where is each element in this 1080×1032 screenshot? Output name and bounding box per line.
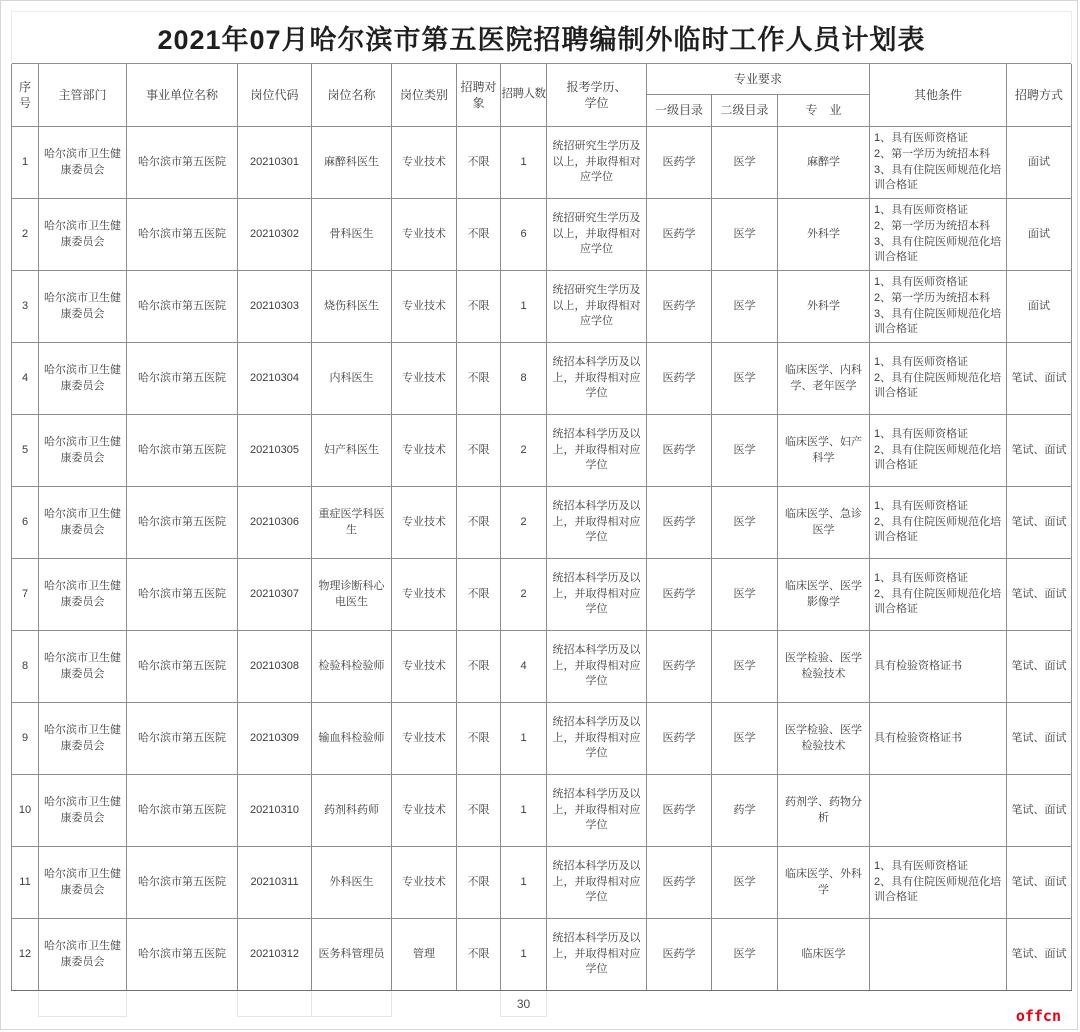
cell-code: 20210302 xyxy=(238,199,312,271)
cell-unit: 哈尔滨市第五医院 xyxy=(127,127,238,199)
cell-major: 医学检验、医学检验技术 xyxy=(778,703,870,775)
cell-level1: 医药学 xyxy=(647,127,712,199)
cell-level2: 医学 xyxy=(712,631,778,703)
cell-count: 1 xyxy=(501,703,547,775)
summary-cell-position xyxy=(312,991,392,1017)
cell-target: 不限 xyxy=(457,559,501,631)
summary-section: 30 xyxy=(12,991,1072,1017)
cell-target: 不限 xyxy=(457,847,501,919)
cell-position: 骨科医生 xyxy=(312,199,392,271)
page-title: 2021年07月哈尔滨市第五医院招聘编制外临时工作人员计划表 xyxy=(12,12,1072,64)
col-header-education: 报考学历、 学位 xyxy=(547,64,647,127)
col-header-other: 其他条件 xyxy=(870,64,1007,127)
cell-seq: 1 xyxy=(12,127,39,199)
cell-major: 临床医学、外科学 xyxy=(778,847,870,919)
cell-position: 妇产科医生 xyxy=(312,415,392,487)
cell-level2: 医学 xyxy=(712,919,778,991)
cell-count: 1 xyxy=(501,919,547,991)
cell-other: 1、具有医师资格证 2、第一学历为统招本科 3、具有住院医师规范化培训合格证 xyxy=(870,271,1007,343)
cell-major: 临床医学、妇产科学 xyxy=(778,415,870,487)
cell-category: 专业技术 xyxy=(392,415,457,487)
cell-seq: 7 xyxy=(12,559,39,631)
cell-method: 笔试、面试 xyxy=(1007,559,1072,631)
cell-category: 专业技术 xyxy=(392,487,457,559)
cell-major: 药剂学、药物分析 xyxy=(778,775,870,847)
cell-seq: 8 xyxy=(12,631,39,703)
cell-level2: 医学 xyxy=(712,847,778,919)
col-header-major-group: 专业要求 xyxy=(647,64,870,95)
cell-unit: 哈尔滨市第五医院 xyxy=(127,487,238,559)
cell-target: 不限 xyxy=(457,631,501,703)
cell-other: 1、具有医师资格证 2、具有住院医师规范化培训合格证 xyxy=(870,847,1007,919)
cell-position: 输血科检验师 xyxy=(312,703,392,775)
table-row: 2 哈尔滨市卫生健康委员会 哈尔滨市第五医院 20210302 骨科医生 专业技… xyxy=(12,199,1072,271)
cell-level1: 医药学 xyxy=(647,919,712,991)
cell-unit: 哈尔滨市第五医院 xyxy=(127,919,238,991)
cell-level2: 医学 xyxy=(712,703,778,775)
table-row: 4 哈尔滨市卫生健康委员会 哈尔滨市第五医院 20210304 内科医生 专业技… xyxy=(12,343,1072,415)
cell-education: 统招本科学历及以上，并取得相对应学位 xyxy=(547,631,647,703)
cell-category: 专业技术 xyxy=(392,631,457,703)
cell-count: 2 xyxy=(501,415,547,487)
cell-category: 专业技术 xyxy=(392,847,457,919)
cell-count: 8 xyxy=(501,343,547,415)
cell-count: 1 xyxy=(501,127,547,199)
cell-dept: 哈尔滨市卫生健康委员会 xyxy=(39,847,127,919)
cell-level2: 医学 xyxy=(712,559,778,631)
cell-unit: 哈尔滨市第五医院 xyxy=(127,847,238,919)
cell-method: 笔试、面试 xyxy=(1007,631,1072,703)
cell-count: 1 xyxy=(501,271,547,343)
cell-position: 内科医生 xyxy=(312,343,392,415)
cell-code: 20210311 xyxy=(238,847,312,919)
cell-major: 外科学 xyxy=(778,271,870,343)
cell-other xyxy=(870,919,1007,991)
cell-unit: 哈尔滨市第五医院 xyxy=(127,631,238,703)
cell-level2: 医学 xyxy=(712,271,778,343)
cell-major: 临床医学、医学影像学 xyxy=(778,559,870,631)
cell-level2: 医学 xyxy=(712,343,778,415)
cell-dept: 哈尔滨市卫生健康委员会 xyxy=(39,343,127,415)
col-header-unit: 事业单位名称 xyxy=(127,64,238,127)
cell-seq: 4 xyxy=(12,343,39,415)
table-row: 7 哈尔滨市卫生健康委员会 哈尔滨市第五医院 20210307 物理诊断科心电医… xyxy=(12,559,1072,631)
cell-target: 不限 xyxy=(457,703,501,775)
cell-category: 专业技术 xyxy=(392,343,457,415)
col-header-major: 专 业 xyxy=(778,95,870,127)
cell-target: 不限 xyxy=(457,415,501,487)
cell-target: 不限 xyxy=(457,271,501,343)
cell-level1: 医药学 xyxy=(647,703,712,775)
cell-code: 20210305 xyxy=(238,415,312,487)
cell-position: 重症医学科医生 xyxy=(312,487,392,559)
cell-unit: 哈尔滨市第五医院 xyxy=(127,703,238,775)
page: 2021年07月哈尔滨市第五医院招聘编制外临时工作人员计划表 序号 主管部门 事… xyxy=(0,0,1078,1030)
table-row: 6 哈尔滨市卫生健康委员会 哈尔滨市第五医院 20210306 重症医学科医生 … xyxy=(12,487,1072,559)
cell-major: 临床医学、内科学、老年医学 xyxy=(778,343,870,415)
cell-level2: 医学 xyxy=(712,127,778,199)
cell-method: 面试 xyxy=(1007,199,1072,271)
cell-category: 专业技术 xyxy=(392,199,457,271)
cell-category: 管理 xyxy=(392,919,457,991)
cell-other xyxy=(870,775,1007,847)
cell-education: 统招本科学历及以上，并取得相对应学位 xyxy=(547,415,647,487)
cell-position: 外科医生 xyxy=(312,847,392,919)
cell-dept: 哈尔滨市卫生健康委员会 xyxy=(39,559,127,631)
cell-education: 统招本科学历及以上，并取得相对应学位 xyxy=(547,487,647,559)
cell-major: 临床医学、急诊医学 xyxy=(778,487,870,559)
cell-level1: 医药学 xyxy=(647,415,712,487)
cell-position: 烧伤科医生 xyxy=(312,271,392,343)
cell-code: 20210301 xyxy=(238,127,312,199)
cell-dept: 哈尔滨市卫生健康委员会 xyxy=(39,775,127,847)
cell-level1: 医药学 xyxy=(647,199,712,271)
cell-category: 专业技术 xyxy=(392,559,457,631)
cell-major: 临床医学 xyxy=(778,919,870,991)
cell-seq: 12 xyxy=(12,919,39,991)
cell-education: 统招研究生学历及以上，并取得相对应学位 xyxy=(547,199,647,271)
cell-count: 2 xyxy=(501,487,547,559)
cell-level1: 医药学 xyxy=(647,775,712,847)
col-header-method: 招聘方式 xyxy=(1007,64,1072,127)
cell-method: 面试 xyxy=(1007,271,1072,343)
col-header-count: 招聘人数 xyxy=(501,64,547,127)
table-row: 3 哈尔滨市卫生健康委员会 哈尔滨市第五医院 20210303 烧伤科医生 专业… xyxy=(12,271,1072,343)
summary-cell-dept xyxy=(39,991,127,1017)
cell-method: 笔试、面试 xyxy=(1007,415,1072,487)
cell-education: 统招本科学历及以上，并取得相对应学位 xyxy=(547,559,647,631)
cell-other: 具有检验资格证书 xyxy=(870,631,1007,703)
cell-seq: 6 xyxy=(12,487,39,559)
cell-seq: 3 xyxy=(12,271,39,343)
cell-other: 1、具有医师资格证 2、具有住院医师规范化培训合格证 xyxy=(870,343,1007,415)
cell-dept: 哈尔滨市卫生健康委员会 xyxy=(39,631,127,703)
cell-other: 1、具有医师资格证 2、具有住院医师规范化培训合格证 xyxy=(870,559,1007,631)
cell-education: 统招本科学历及以上，并取得相对应学位 xyxy=(547,775,647,847)
cell-target: 不限 xyxy=(457,919,501,991)
cell-education: 统招研究生学历及以上，并取得相对应学位 xyxy=(547,271,647,343)
cell-position: 药剂科药师 xyxy=(312,775,392,847)
cell-level2: 医学 xyxy=(712,487,778,559)
cell-code: 20210304 xyxy=(238,343,312,415)
cell-seq: 2 xyxy=(12,199,39,271)
cell-level1: 医药学 xyxy=(647,631,712,703)
cell-method: 笔试、面试 xyxy=(1007,343,1072,415)
cell-position: 检验科检验师 xyxy=(312,631,392,703)
cell-dept: 哈尔滨市卫生健康委员会 xyxy=(39,703,127,775)
cell-other: 1、具有医师资格证 2、具有住院医师规范化培训合格证 xyxy=(870,487,1007,559)
cell-education: 统招本科学历及以上，并取得相对应学位 xyxy=(547,847,647,919)
cell-count: 1 xyxy=(501,847,547,919)
cell-category: 专业技术 xyxy=(392,703,457,775)
cell-dept: 哈尔滨市卫生健康委员会 xyxy=(39,919,127,991)
cell-level2: 医学 xyxy=(712,415,778,487)
cell-unit: 哈尔滨市第五医院 xyxy=(127,343,238,415)
table-row: 1 哈尔滨市卫生健康委员会 哈尔滨市第五医院 20210301 麻醉科医生 专业… xyxy=(12,127,1072,199)
cell-method: 笔试、面试 xyxy=(1007,487,1072,559)
cell-category: 专业技术 xyxy=(392,271,457,343)
cell-seq: 11 xyxy=(12,847,39,919)
summary-row: 30 xyxy=(12,991,1072,1017)
cell-count: 6 xyxy=(501,199,547,271)
table-row: 8 哈尔滨市卫生健康委员会 哈尔滨市第五医院 20210308 检验科检验师 专… xyxy=(12,631,1072,703)
cell-education: 统招本科学历及以上，并取得相对应学位 xyxy=(547,919,647,991)
cell-method: 笔试、面试 xyxy=(1007,919,1072,991)
col-header-level1: 一级目录 xyxy=(647,95,712,127)
recruitment-plan-table: 2021年07月哈尔滨市第五医院招聘编制外临时工作人员计划表 序号 主管部门 事… xyxy=(11,11,1072,1017)
summary-cell-code xyxy=(238,991,312,1017)
cell-other: 具有检验资格证书 xyxy=(870,703,1007,775)
cell-count: 2 xyxy=(501,559,547,631)
cell-method: 笔试、面试 xyxy=(1007,775,1072,847)
cell-dept: 哈尔滨市卫生健康委员会 xyxy=(39,127,127,199)
cell-dept: 哈尔滨市卫生健康委员会 xyxy=(39,487,127,559)
cell-target: 不限 xyxy=(457,343,501,415)
cell-other: 1、具有医师资格证 2、第一学历为统招本科 3、具有住院医师规范化培训合格证 xyxy=(870,199,1007,271)
col-header-seq: 序号 xyxy=(12,64,39,127)
cell-code: 20210309 xyxy=(238,703,312,775)
col-header-level2: 二级目录 xyxy=(712,95,778,127)
col-header-dept: 主管部门 xyxy=(39,64,127,127)
col-header-position: 岗位名称 xyxy=(312,64,392,127)
cell-education: 统招研究生学历及以上，并取得相对应学位 xyxy=(547,127,647,199)
cell-category: 专业技术 xyxy=(392,127,457,199)
cell-seq: 9 xyxy=(12,703,39,775)
table-row: 10 哈尔滨市卫生健康委员会 哈尔滨市第五医院 20210310 药剂科药师 专… xyxy=(12,775,1072,847)
table-row: 9 哈尔滨市卫生健康委员会 哈尔滨市第五医院 20210309 输血科检验师 专… xyxy=(12,703,1072,775)
cell-method: 面试 xyxy=(1007,127,1072,199)
offcn-logo: offcn xyxy=(1016,1007,1061,1025)
cell-major: 外科学 xyxy=(778,199,870,271)
table-row: 11 哈尔滨市卫生健康委员会 哈尔滨市第五医院 20210311 外科医生 专业… xyxy=(12,847,1072,919)
cell-other: 1、具有医师资格证 2、第一学历为统招本科 3、具有住院医师规范化培训合格证 xyxy=(870,127,1007,199)
cell-target: 不限 xyxy=(457,199,501,271)
cell-position: 物理诊断科心电医生 xyxy=(312,559,392,631)
cell-unit: 哈尔滨市第五医院 xyxy=(127,415,238,487)
cell-unit: 哈尔滨市第五医院 xyxy=(127,199,238,271)
cell-level2: 药学 xyxy=(712,775,778,847)
cell-level2: 医学 xyxy=(712,199,778,271)
cell-count: 4 xyxy=(501,631,547,703)
table-body: 1 哈尔滨市卫生健康委员会 哈尔滨市第五医院 20210301 麻醉科医生 专业… xyxy=(12,127,1072,991)
cell-position: 医务科管理员 xyxy=(312,919,392,991)
cell-code: 20210308 xyxy=(238,631,312,703)
cell-count: 1 xyxy=(501,775,547,847)
cell-code: 20210307 xyxy=(238,559,312,631)
col-header-code: 岗位代码 xyxy=(238,64,312,127)
cell-level1: 医药学 xyxy=(647,487,712,559)
cell-target: 不限 xyxy=(457,487,501,559)
header-row-main: 序号 主管部门 事业单位名称 岗位代码 岗位名称 岗位类别 招聘对象 招聘人数 … xyxy=(12,64,1072,95)
cell-method: 笔试、面试 xyxy=(1007,847,1072,919)
cell-code: 20210306 xyxy=(238,487,312,559)
table-row: 5 哈尔滨市卫生健康委员会 哈尔滨市第五医院 20210305 妇产科医生 专业… xyxy=(12,415,1072,487)
cell-category: 专业技术 xyxy=(392,775,457,847)
cell-level1: 医药学 xyxy=(647,271,712,343)
cell-code: 20210310 xyxy=(238,775,312,847)
cell-seq: 5 xyxy=(12,415,39,487)
cell-seq: 10 xyxy=(12,775,39,847)
cell-education: 统招本科学历及以上，并取得相对应学位 xyxy=(547,703,647,775)
cell-target: 不限 xyxy=(457,127,501,199)
cell-dept: 哈尔滨市卫生健康委员会 xyxy=(39,271,127,343)
col-header-category: 岗位类别 xyxy=(392,64,457,127)
cell-level1: 医药学 xyxy=(647,559,712,631)
cell-dept: 哈尔滨市卫生健康委员会 xyxy=(39,415,127,487)
cell-unit: 哈尔滨市第五医院 xyxy=(127,271,238,343)
cell-unit: 哈尔滨市第五医院 xyxy=(127,775,238,847)
title-row: 2021年07月哈尔滨市第五医院招聘编制外临时工作人员计划表 xyxy=(12,12,1072,64)
cell-dept: 哈尔滨市卫生健康委员会 xyxy=(39,199,127,271)
cell-major: 医学检验、医学检验技术 xyxy=(778,631,870,703)
cell-code: 20210312 xyxy=(238,919,312,991)
table-header: 2021年07月哈尔滨市第五医院招聘编制外临时工作人员计划表 序号 主管部门 事… xyxy=(12,12,1072,127)
cell-level1: 医药学 xyxy=(647,847,712,919)
cell-education: 统招本科学历及以上，并取得相对应学位 xyxy=(547,343,647,415)
cell-position: 麻醉科医生 xyxy=(312,127,392,199)
table-row: 12 哈尔滨市卫生健康委员会 哈尔滨市第五医院 20210312 医务科管理员 … xyxy=(12,919,1072,991)
cell-code: 20210303 xyxy=(238,271,312,343)
cell-target: 不限 xyxy=(457,775,501,847)
cell-level1: 医药学 xyxy=(647,343,712,415)
cell-method: 笔试、面试 xyxy=(1007,703,1072,775)
cell-unit: 哈尔滨市第五医院 xyxy=(127,559,238,631)
total-count: 30 xyxy=(501,991,547,1017)
cell-major: 麻醉学 xyxy=(778,127,870,199)
cell-other: 1、具有医师资格证 2、具有住院医师规范化培训合格证 xyxy=(870,415,1007,487)
col-header-target: 招聘对象 xyxy=(457,64,501,127)
